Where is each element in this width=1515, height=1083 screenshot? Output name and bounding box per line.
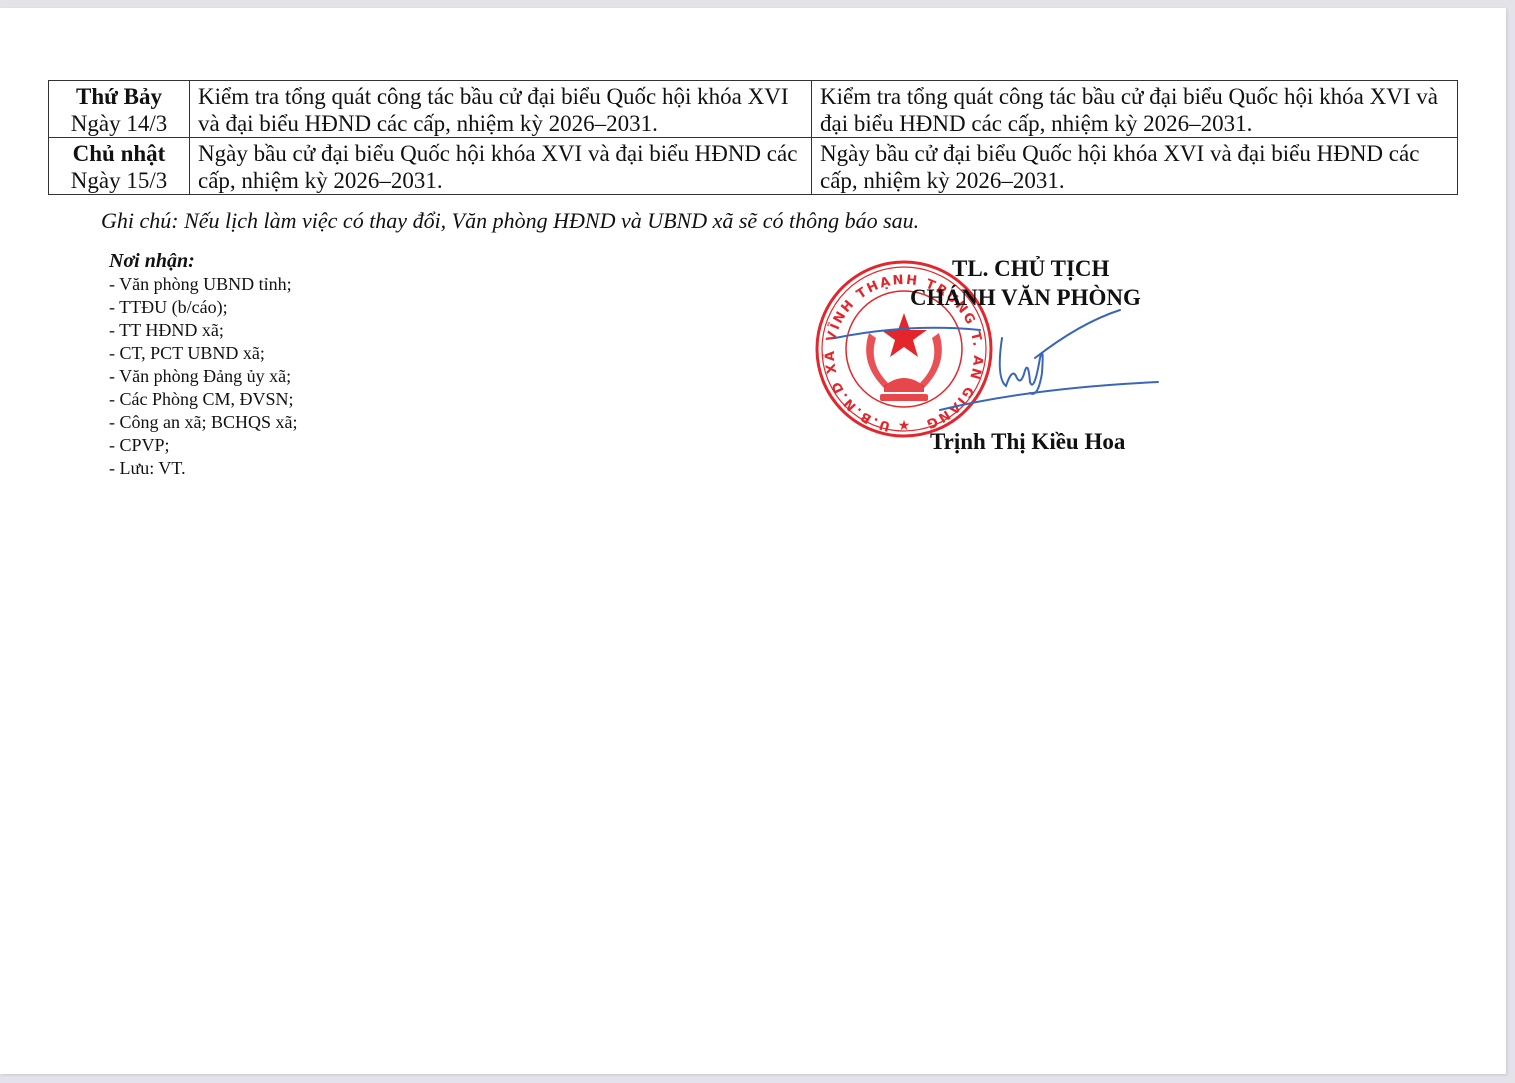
recipient-item: - Lưu: VT. [109, 457, 298, 480]
table-row: Chủ nhật Ngày 15/3 Ngày bầu cử đại biểu … [49, 138, 1458, 195]
signer-name: Trịnh Thị Kiều Hoa [930, 429, 1125, 455]
activity-cell: Kiểm tra tổng quát công tác bầu cử đại b… [190, 81, 812, 138]
signature-position: CHÁNH VĂN PHÒNG [910, 283, 1141, 312]
day-date: Ngày 14/3 [57, 110, 181, 137]
activity-cell: Ngày bầu cử đại biểu Quốc hội khóa XVI v… [812, 138, 1458, 195]
signature-title: TL. CHỦ TỊCH [952, 254, 1109, 283]
recipients-block: Nơi nhận: - Văn phòng UBND tỉnh; - TTĐU … [109, 250, 298, 480]
day-name: Chủ nhật [57, 140, 181, 167]
activity-cell: Ngày bầu cử đại biểu Quốc hội khóa XVI v… [190, 138, 812, 195]
recipient-item: - Các Phòng CM, ĐVSN; [109, 388, 298, 411]
recipient-item: - CT, PCT UBND xã; [109, 342, 298, 365]
svg-text:★: ★ [898, 419, 911, 434]
activity-cell: Kiểm tra tổng quát công tác bầu cử đại b… [812, 81, 1458, 138]
recipient-item: - Văn phòng UBND tỉnh; [109, 273, 298, 296]
document-page: Thứ Bảy Ngày 14/3 Kiểm tra tổng quát côn… [0, 8, 1506, 1074]
day-cell: Chủ nhật Ngày 15/3 [49, 138, 190, 195]
day-cell: Thứ Bảy Ngày 14/3 [49, 81, 190, 138]
recipient-item: - TTĐU (b/cáo); [109, 296, 298, 319]
handwritten-signature-icon [830, 298, 1170, 418]
recipients-title: Nơi nhận: [109, 250, 298, 273]
day-date: Ngày 15/3 [57, 167, 181, 194]
day-name: Thứ Bảy [57, 83, 181, 110]
recipient-item: - Văn phòng Đảng ủy xã; [109, 365, 298, 388]
table-row: Thứ Bảy Ngày 14/3 Kiểm tra tổng quát côn… [49, 81, 1458, 138]
recipient-item: - Công an xã; BCHQS xã; [109, 411, 298, 434]
schedule-table: Thứ Bảy Ngày 14/3 Kiểm tra tổng quát côn… [48, 80, 1458, 195]
recipient-item: - TT HĐND xã; [109, 319, 298, 342]
note-text: Ghi chú: Nếu lịch làm việc có thay đổi, … [101, 208, 919, 234]
recipient-item: - CPVP; [109, 434, 298, 457]
